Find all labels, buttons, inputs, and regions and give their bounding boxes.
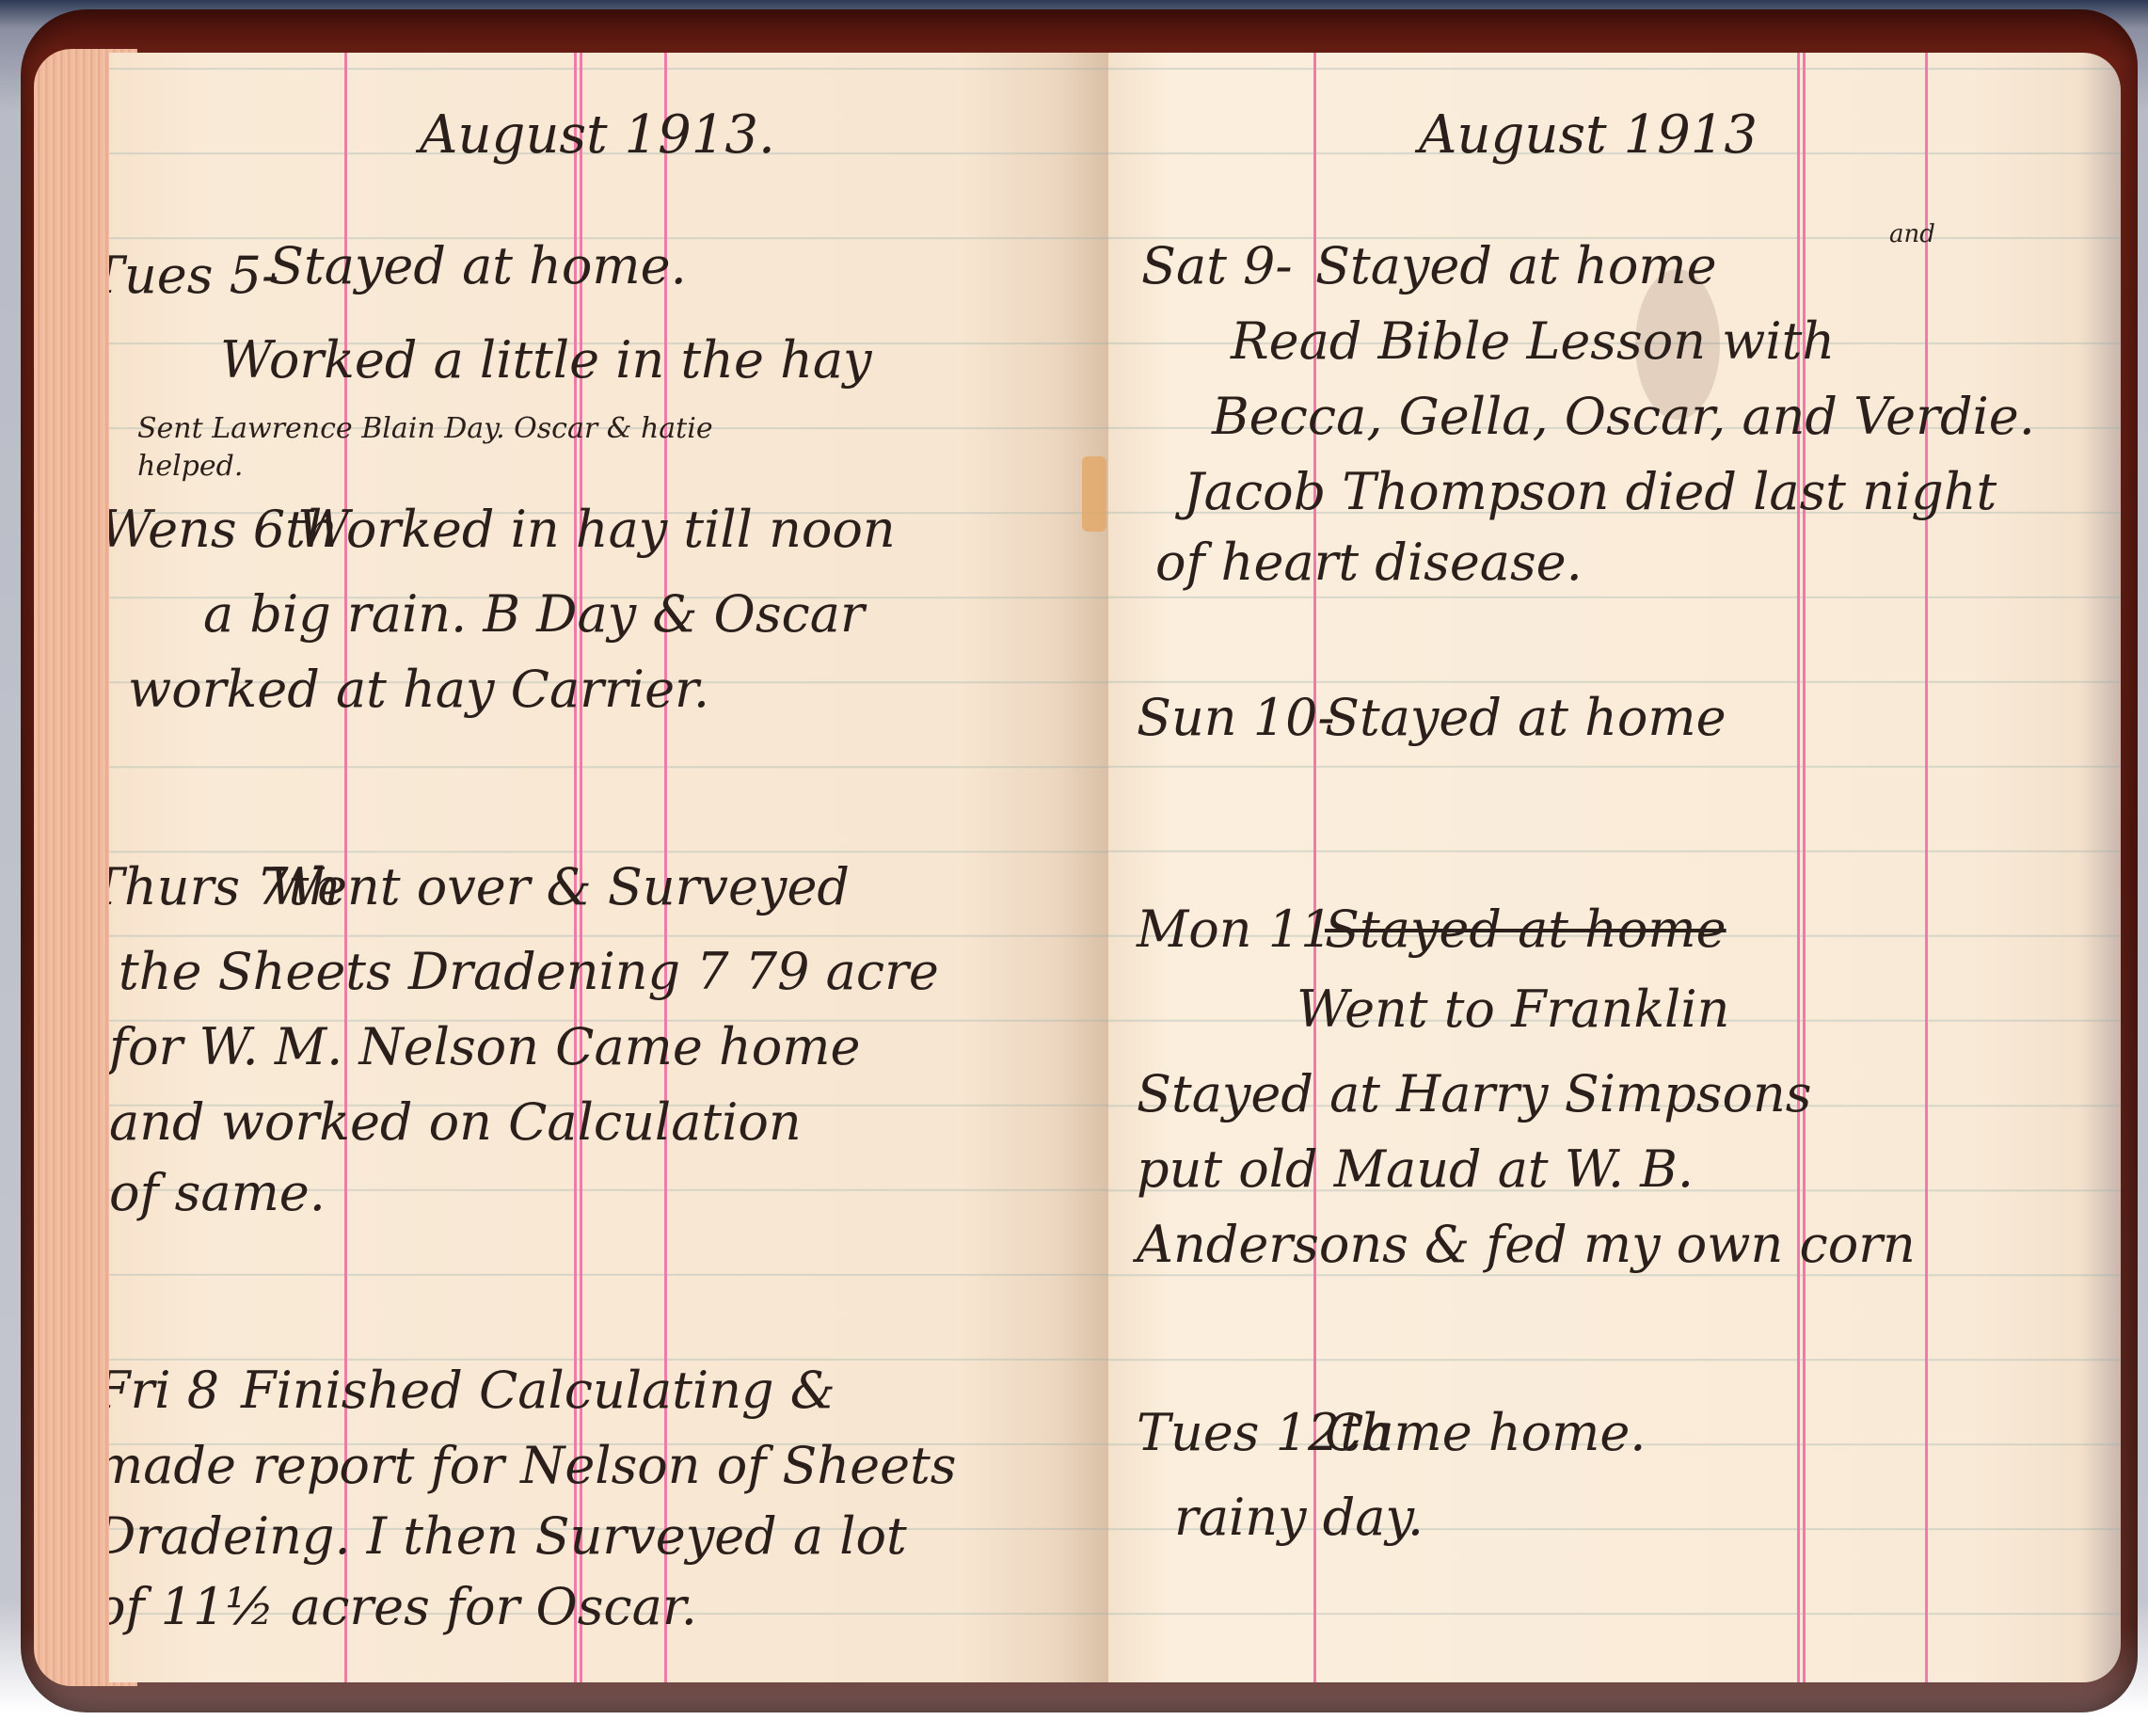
entry-line: a big rain. B Day & Oscar	[203, 589, 865, 640]
entry-line: Finished Calculating &	[241, 1365, 835, 1416]
entry-line: Stayed at Harry Simpsons	[1137, 1069, 1811, 1120]
entry-day: Fri 8	[109, 1365, 219, 1416]
margin-note: and	[1889, 222, 1935, 247]
entry-line: for W. M. Nelson Came home	[109, 1022, 860, 1073]
entry-line: Read Bible Lesson with	[1231, 316, 1835, 367]
binding-tab	[1082, 456, 1106, 532]
column-line	[1803, 53, 1806, 1682]
page-header: August 1913	[1419, 109, 1758, 162]
entry-line: Stayed at home	[1325, 693, 1726, 743]
entry-day: Mon 11	[1137, 904, 1332, 955]
entry-line: Stayed at home	[1315, 241, 1717, 292]
left-page: August 1913. Tues 5- Stayed at home. Wor…	[109, 53, 1108, 1682]
entry-line: Andersons & fed my own corn	[1137, 1219, 1916, 1270]
entry-day: Sat 9-	[1141, 241, 1293, 292]
entry-line: Dradeing. I then Surveyed a lot	[109, 1511, 907, 1562]
column-line	[1925, 53, 1928, 1682]
entry-line: Worked a little in the hay	[220, 335, 872, 386]
entry-day: Tues 5-	[109, 250, 278, 301]
struck-text: Stayed at home	[1325, 904, 1726, 955]
entry-line: and worked on Calculation	[109, 1097, 802, 1148]
entry-day: Sun 10-	[1137, 693, 1335, 743]
entry-line: Went over & Surveyed	[269, 862, 850, 913]
entry-line: Sent Lawrence Blain Day. Oscar & hatie	[137, 415, 713, 443]
right-page: August 1913 Sat 9- Stayed at home and Re…	[1108, 53, 2121, 1682]
entry-line: Jacob Thompson died last night	[1184, 467, 1997, 518]
entry-line: made report for Nelson of Sheets	[109, 1441, 957, 1491]
entry-line: Worked in hay till noon	[297, 504, 896, 555]
entry-line: worked at hay Carrier.	[128, 664, 709, 715]
entry-line: of 11½ acres for Oscar.	[109, 1582, 697, 1632]
entry-line: put old Maud at W. B.	[1137, 1144, 1694, 1195]
entry-line: Came home.	[1325, 1408, 1646, 1458]
entry-line: the Sheets Dradening 7 79 acre	[119, 947, 939, 997]
entry-line: Stayed at home.	[269, 241, 687, 292]
entry-line: rainy day.	[1174, 1492, 1424, 1543]
entry-line: Went to Franklin	[1297, 984, 1729, 1035]
entry-line: of heart disease.	[1155, 537, 1583, 588]
entry-line: of same.	[109, 1168, 326, 1218]
entry-line: Becca, Gella, Oscar, and Verdie.	[1212, 391, 2035, 442]
column-line	[1797, 53, 1800, 1682]
page-header: August 1913.	[420, 109, 775, 162]
entry-line: helped.	[137, 453, 243, 481]
